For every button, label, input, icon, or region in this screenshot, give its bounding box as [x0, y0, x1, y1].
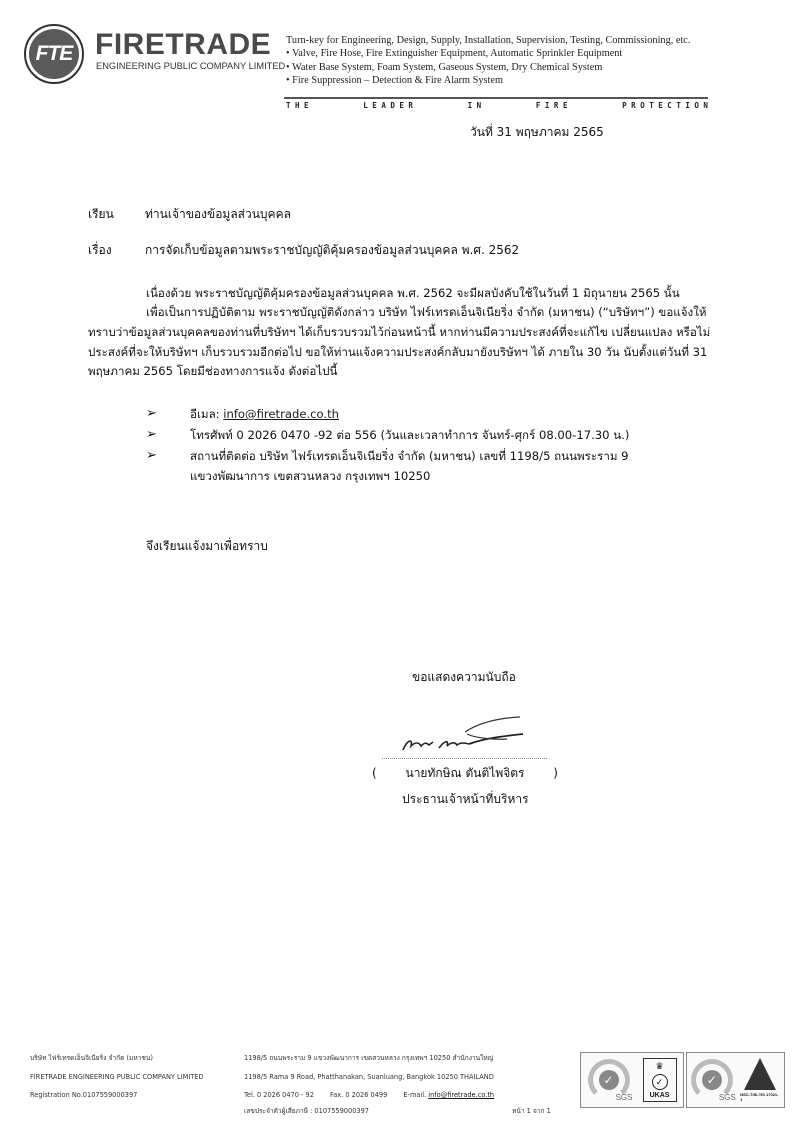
nac-logo-icon: NSC-TISI-TIS 17021-1 [740, 1058, 780, 1102]
footer-tel: Tel. 0 2026 0470 - 92 [244, 1091, 314, 1099]
body-paragraph-line: เนื่องด้วย พระราชบัญญัติคุ้มครองข้อมูลส่… [146, 288, 680, 300]
footer-company-th: บริษัท ไฟร์เทรดเอ็นจิเนียริ่ง จำกัด (มหา… [30, 1055, 153, 1062]
signer-title: ประธานเจ้าหน้าที่บริหาร [402, 793, 529, 805]
tagline: T H E L E A D E R I N F I R E P R O T E … [286, 101, 708, 110]
sgs-logo-icon: ✓ SGS [691, 1059, 733, 1101]
check-icon: ✓ [652, 1074, 668, 1090]
paren-open: ( [372, 767, 377, 779]
check-icon: ✓ [599, 1070, 619, 1090]
services-line: • Water Base System, Foam System, Gaseou… [286, 61, 690, 74]
body-paragraph-line: ทราบว่าข้อมูลส่วนบุคคลของท่านที่บริษัทฯ … [88, 327, 710, 339]
company-name: FIRETRADE [95, 30, 271, 60]
regards: ขอแสดงความนับถือ [412, 671, 516, 683]
logo-mark: FTE [29, 29, 79, 79]
paren-close: ) [553, 767, 558, 779]
subject-value: การจัดเก็บข้อมูลตามพระราชบัญญัติคุ้มครอง… [145, 244, 519, 256]
signature-line [382, 758, 547, 759]
recipient-value: ท่านเจ้าของข้อมูลส่วนบุคคล [145, 208, 291, 220]
footer-email-link[interactable]: info@firetrade.co.th [428, 1091, 494, 1099]
letter-date: วันที่ 31 พฤษภาคม 2565 [470, 126, 604, 138]
recipient-label: เรียน [88, 208, 114, 220]
signer-name: นายทักษิณ ตันติไพจิตร [405, 767, 524, 779]
signer-name-block: ( นายทักษิณ ตันติไพจิตร ) [372, 767, 558, 779]
company-subtitle: ENGINEERING PUBLIC COMPANY LIMITED [96, 62, 285, 71]
footer-tax-id: เลขประจำตัวผู้เสียภาษี : 0107559000397 [244, 1108, 369, 1115]
ukas-logo-icon: ♛ ✓ UKAS [643, 1058, 677, 1102]
body-paragraph-line: เพื่อเป็นการปฏิบัติตาม พระราชบัญญัติดังก… [146, 307, 707, 319]
signature-icon [395, 712, 530, 757]
crown-icon: ♛ [655, 1061, 663, 1072]
cert-sgs-nac: ✓ SGS NSC-TISI-TIS 17021-1 [686, 1052, 785, 1108]
footer-contact: Tel. 0 2026 0470 - 92 Fax. 0 2026 0499 E… [244, 1092, 494, 1099]
footer-address-en: 1198/5 Rama 9 Road, Phatthanakan, Suanlu… [244, 1074, 494, 1081]
services-list: Turn-key for Engineering, Design, Supply… [286, 34, 690, 88]
arrow-bullet-icon: ➢ [146, 449, 157, 462]
cert-sgs-ukas: ✓ SGS ♛ ✓ UKAS [580, 1052, 684, 1108]
contact-address: สถานที่ติดต่อ บริษัท ไฟร์เทรดเอ็นจิเนียร… [190, 451, 629, 463]
check-icon: ✓ [702, 1070, 722, 1090]
footer-registration: Registration No.0107559000397 [30, 1092, 137, 1099]
body-paragraph-line: พฤษภาคม 2565 โดยมีช่องทางการแจ้ง ดังต่อไ… [88, 366, 337, 378]
closing-line: จึงเรียนแจ้งมาเพื่อทราบ [146, 540, 268, 552]
services-line: • Fire Suppression – Detection & Fire Al… [286, 74, 690, 87]
contact-phone: โทรศัพท์ 0 2026 0470 -92 ต่อ 556 (วันและ… [190, 430, 629, 442]
tagline-word: L E A D E R [363, 101, 413, 110]
sgs-logo-icon: ✓ SGS [588, 1059, 630, 1101]
footer-email-label: E-mail. [403, 1091, 428, 1099]
page-number: หน้า 1 จาก 1 [512, 1108, 551, 1115]
footer-fax: Fax. 0 2026 0499 [330, 1091, 387, 1099]
email-link[interactable]: info@firetrade.co.th [223, 407, 339, 421]
pagoda-icon [744, 1058, 776, 1090]
services-line: • Valve, Fire Hose, Fire Extinguisher Eq… [286, 47, 690, 60]
arrow-bullet-icon: ➢ [146, 407, 157, 420]
company-logo: FTE [24, 24, 84, 84]
tagline-word: T H E [286, 101, 309, 110]
header-divider [284, 97, 708, 99]
tagline-word: F I R E [536, 101, 568, 110]
subject-label: เรื่อง [88, 244, 112, 256]
contact-email: อีเมล: info@firetrade.co.th [190, 409, 339, 421]
email-label: อีเมล: [190, 407, 223, 421]
footer-address-th: 1198/5 ถนนพระราม 9 แขวงพัฒนาการ เขตสวนหล… [244, 1055, 493, 1062]
arrow-bullet-icon: ➢ [146, 428, 157, 441]
contact-address-line2: แขวงพัฒนาการ เขตสวนหลวง กรุงเทพฯ 10250 [190, 471, 430, 483]
services-line: Turn-key for Engineering, Design, Supply… [286, 34, 690, 47]
body-paragraph-line: ประสงค์ที่จะให้บริษัทฯ เก็บรวบรวมอีกต่อไ… [88, 347, 707, 359]
tagline-word: I N [468, 101, 482, 110]
footer-company-en: FIRETRADE ENGINEERING PUBLIC COMPANY LIM… [30, 1074, 204, 1081]
tagline-word: P R O T E C T I O N [622, 101, 708, 110]
